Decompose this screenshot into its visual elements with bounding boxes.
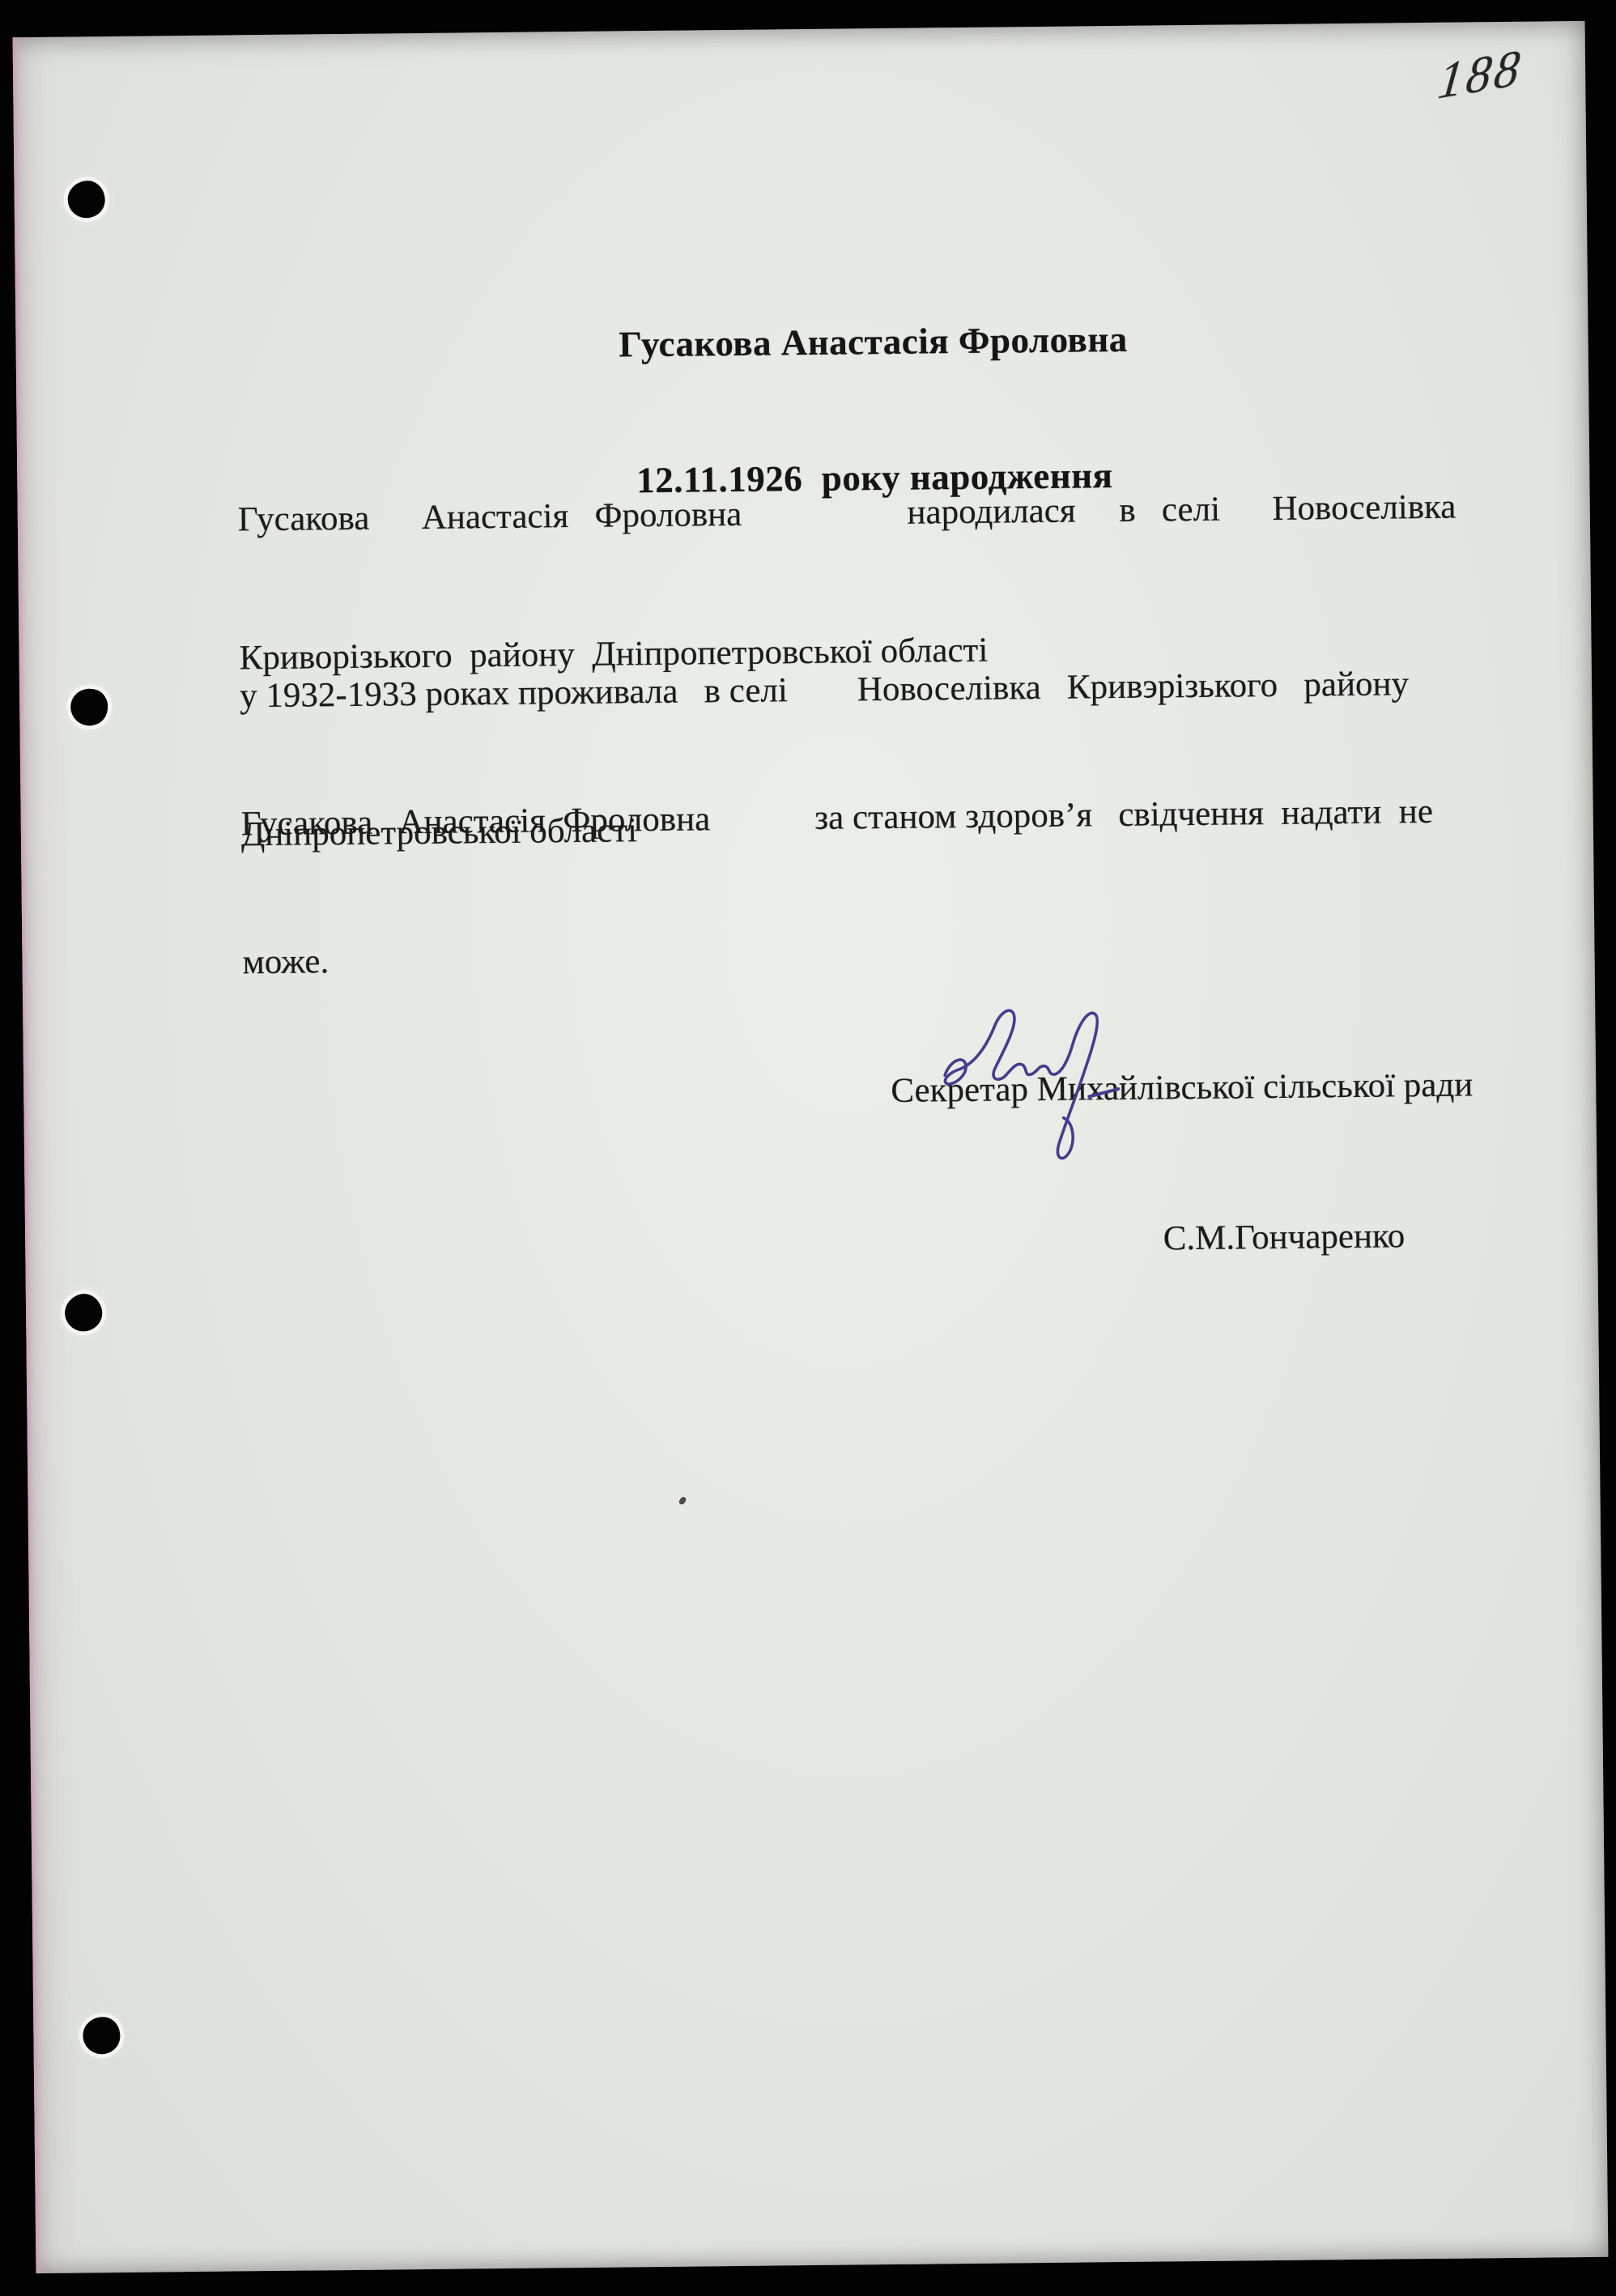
punch-hole <box>61 1290 107 1336</box>
handwritten-page-number: 188 <box>1435 38 1526 112</box>
punch-hole <box>81 2014 123 2056</box>
title-line-name: Гусакова Анастасія Фроловна <box>573 316 1173 368</box>
punch-hole <box>66 683 113 731</box>
paper-speck <box>678 1496 687 1506</box>
signatory-name: С.М.Гончаренко <box>754 1210 1475 1268</box>
punch-hole <box>67 181 104 218</box>
document-page: 188 Гусакова Анастасія Фроловна 12.11.19… <box>13 21 1609 2273</box>
handwritten-signature-ink <box>933 996 1137 1175</box>
paper-left-edge <box>13 37 45 2273</box>
text-line: Гусакова Анастасія Фроловна за станом зд… <box>240 787 1569 847</box>
text-line: Гусакова Анастасія Фроловна народилася в… <box>238 483 1567 542</box>
